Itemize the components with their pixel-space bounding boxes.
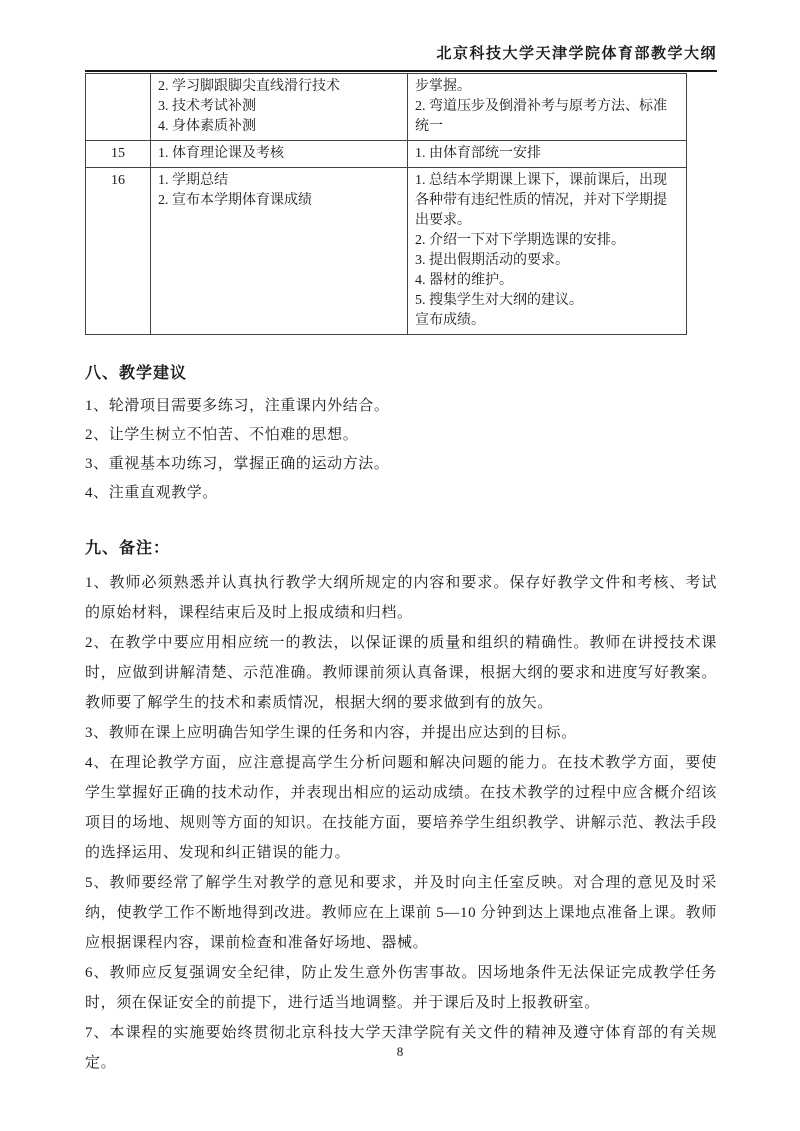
teaching-suggestions-list: 1、轮滑项目需要多练习，注重课内外结合。 2、让学生树立不怕苦、不怕难的思想。 … [85, 392, 717, 508]
table-row: 2. 学习脚跟脚尖直线滑行技术 3. 技术考试补测 4. 身体素质补测 步掌握。… [86, 74, 687, 141]
remark-item: 6、教师应反复强调安全纪律，防止发生意外伤害事故。因场地条件无法保证完成教学任务… [85, 958, 717, 1018]
section-heading-remarks: 九、备注： [85, 535, 717, 558]
content-cell: 1. 体育理论课及考核 [151, 141, 408, 168]
week-number-cell [86, 74, 151, 141]
requirements-cell: 1. 由体育部统一安排 [408, 141, 687, 168]
suggestion-item: 1、轮滑项目需要多练习，注重课内外结合。 [85, 392, 717, 421]
table-row: 16 1. 学期总结 2. 宣布本学期体育课成绩 1. 总结本学期课上课下，课前… [86, 168, 687, 335]
document-header-title: 北京科技大学天津学院体育部教学大纲 [85, 42, 717, 72]
remarks-list: 1、教师必须熟悉并认真执行教学大纲所规定的内容和要求。保存好教学文件和考核、考试… [85, 568, 717, 1078]
section-teaching-suggestions: 八、教学建议 1、轮滑项目需要多练习，注重课内外结合。 2、让学生树立不怕苦、不… [85, 360, 717, 508]
schedule-table: 2. 学习脚跟脚尖直线滑行技术 3. 技术考试补测 4. 身体素质补测 步掌握。… [85, 73, 687, 335]
remark-item: 1、教师必须熟悉并认真执行教学大纲所规定的内容和要求。保存好教学文件和考核、考试… [85, 568, 717, 628]
suggestion-item: 3、重视基本功练习，掌握正确的运动方法。 [85, 450, 717, 479]
remark-item: 2、在教学中要应用相应统一的教法，以保证课的质量和组织的精确性。教师在讲授技术课… [85, 628, 717, 718]
week-number-cell: 16 [86, 168, 151, 335]
requirements-cell: 1. 总结本学期课上课下，课前课后，出现各种带有违纪性质的情况，并对下学期提出要… [408, 168, 687, 335]
content-cell: 2. 学习脚跟脚尖直线滑行技术 3. 技术考试补测 4. 身体素质补测 [151, 74, 408, 141]
remark-item: 5、教师要经常了解学生对教学的意见和要求，并及时向主任室反映。对合理的意见及时采… [85, 868, 717, 958]
section-remarks: 九、备注： 1、教师必须熟悉并认真执行教学大纲所规定的内容和要求。保存好教学文件… [85, 535, 717, 1078]
requirements-cell: 步掌握。 2. 弯道压步及倒滑补考与原考方法、标准统一 [408, 74, 687, 141]
page-number: 8 [0, 1044, 800, 1060]
week-number-cell: 15 [86, 141, 151, 168]
section-heading-teaching-suggestions: 八、教学建议 [85, 360, 717, 383]
remark-item: 3、教师在课上应明确告知学生课的任务和内容，并提出应达到的目标。 [85, 718, 717, 748]
remark-item: 4、在理论教学方面，应注意提高学生分析问题和解决问题的能力。在技术教学方面，要使… [85, 748, 717, 868]
content-cell: 1. 学期总结 2. 宣布本学期体育课成绩 [151, 168, 408, 335]
suggestion-item: 4、注重直观教学。 [85, 479, 717, 508]
table-row: 15 1. 体育理论课及考核 1. 由体育部统一安排 [86, 141, 687, 168]
suggestion-item: 2、让学生树立不怕苦、不怕难的思想。 [85, 421, 717, 450]
document-page: 北京科技大学天津学院体育部教学大纲 2. 学习脚跟脚尖直线滑行技术 3. 技术考… [0, 0, 800, 1131]
